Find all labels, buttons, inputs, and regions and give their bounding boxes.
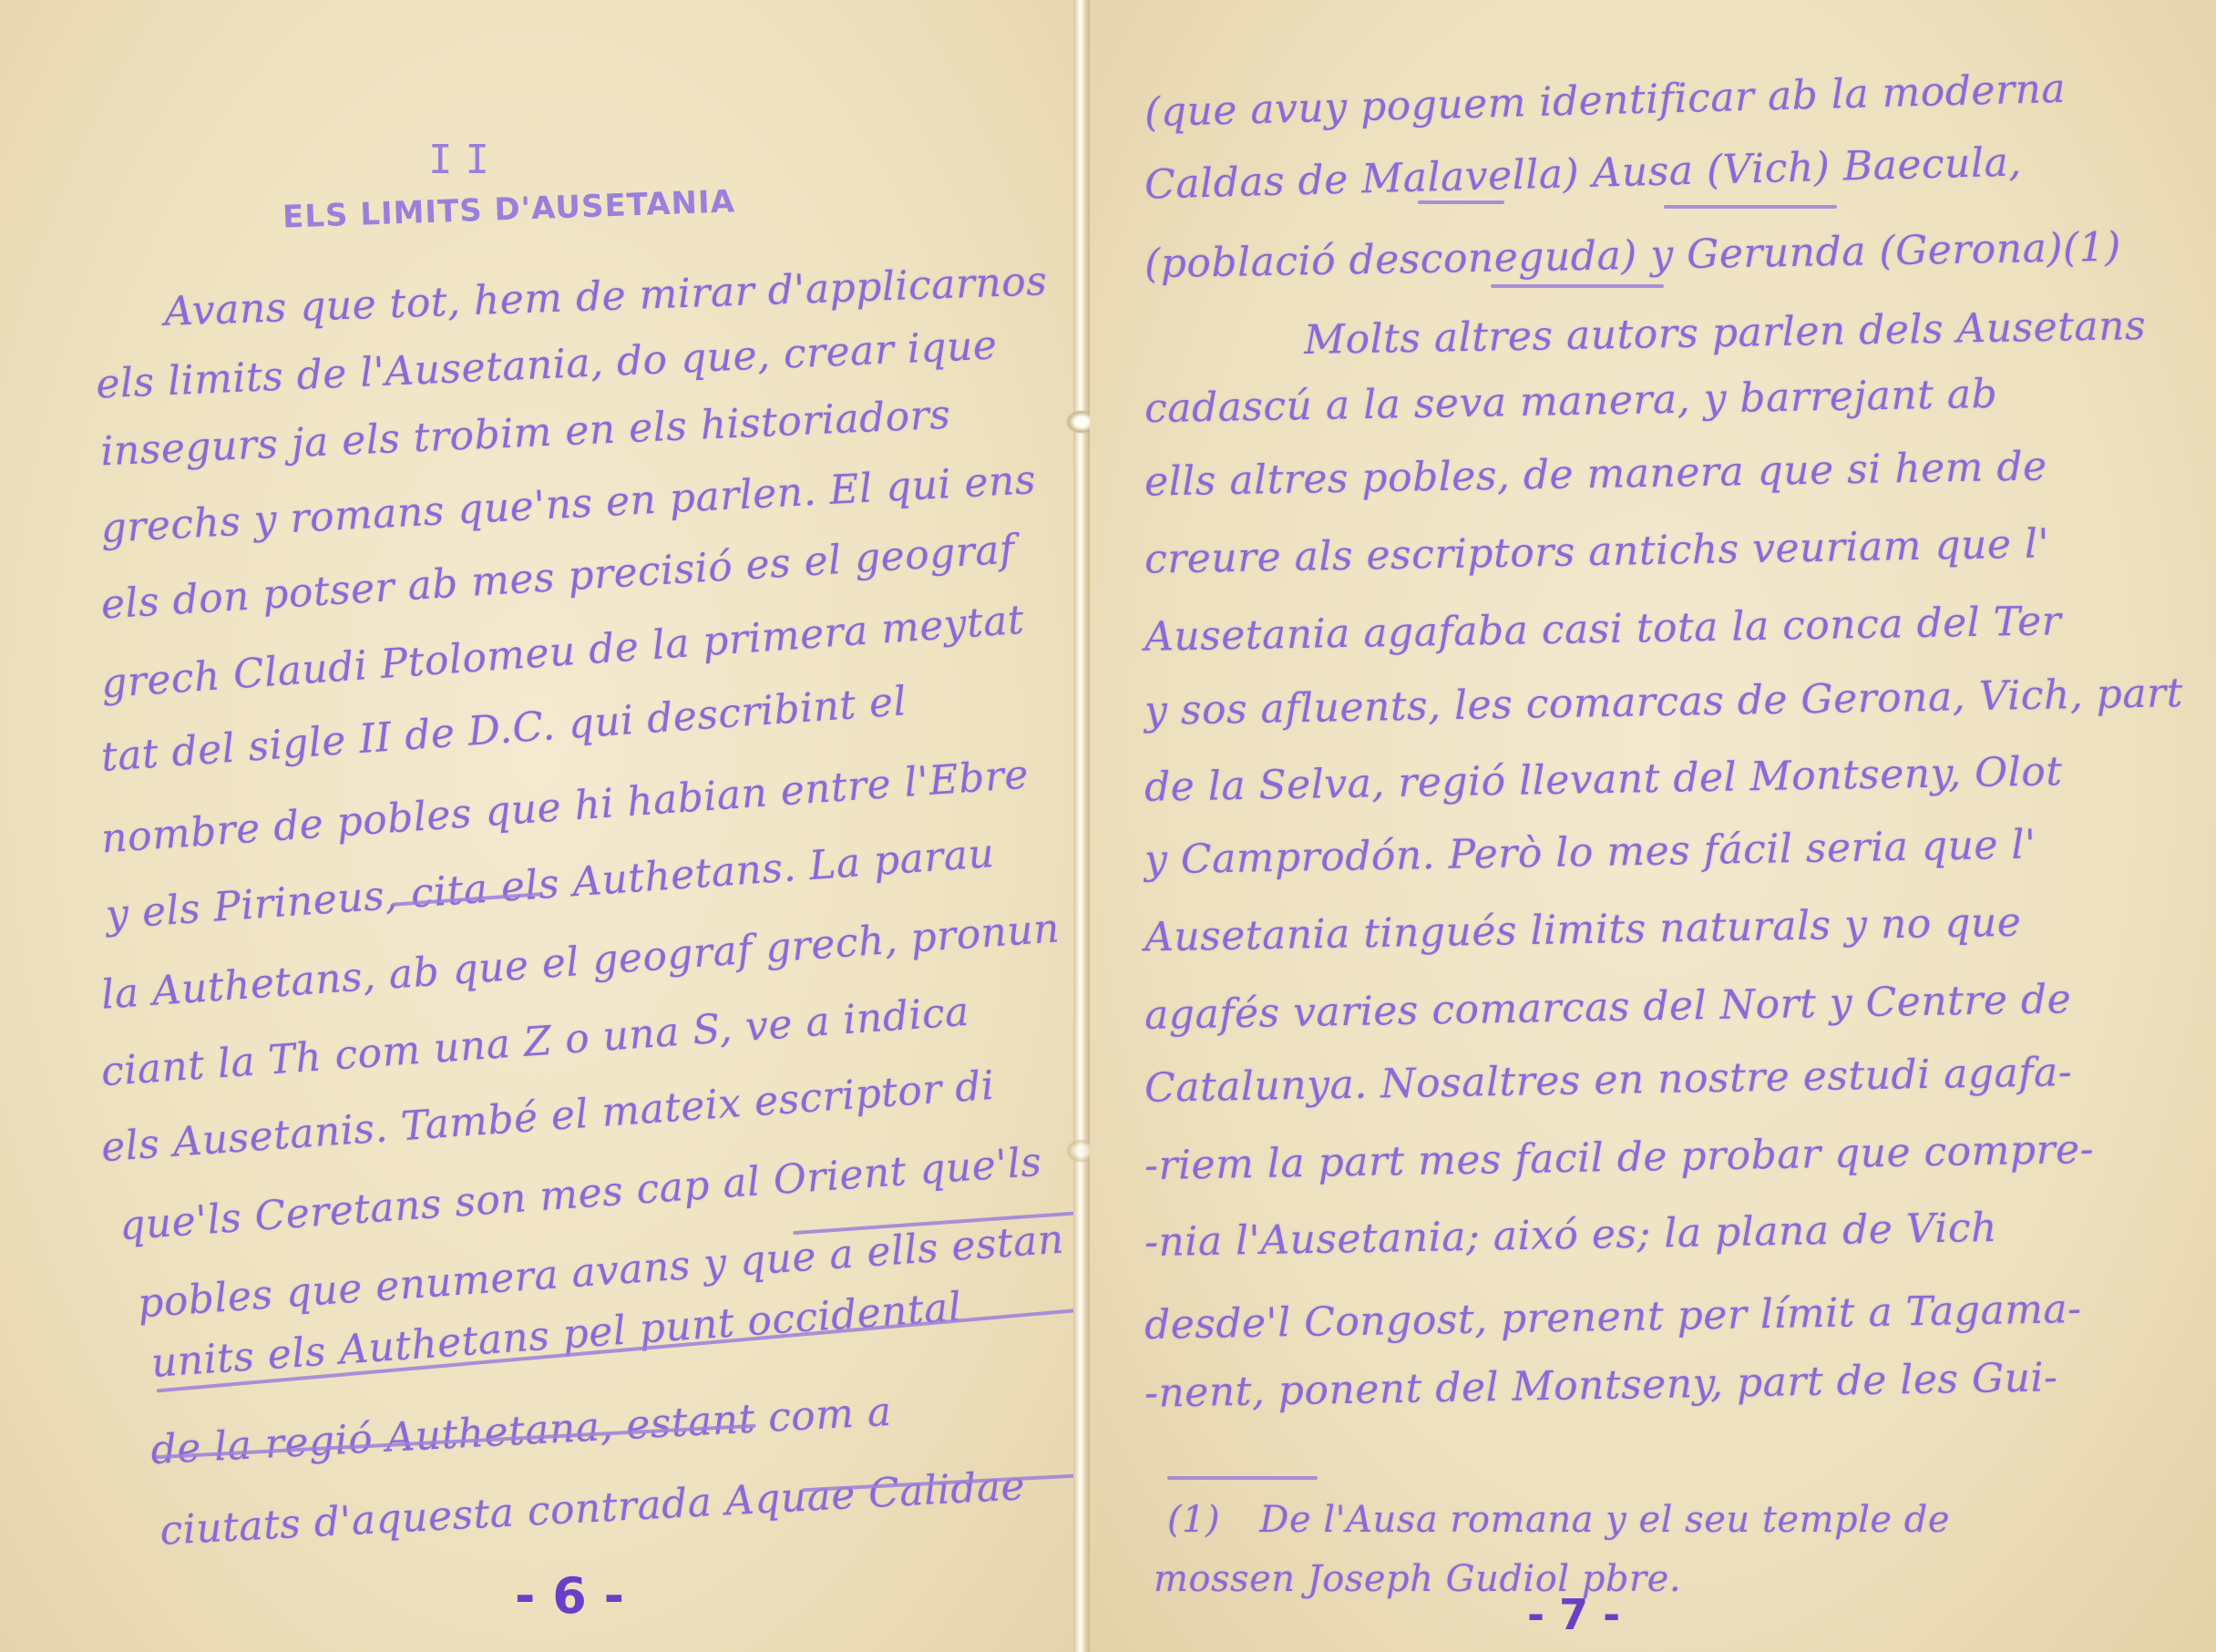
- right-line-17: desde'l Congost, prenent per límit a Tag…: [1144, 1286, 2082, 1349]
- footnote-separator: [1167, 1476, 1318, 1480]
- right-line-14: Catalunya. Nosaltres en nostre estudi ag…: [1144, 1049, 2073, 1112]
- footnote-text-1: De l'Ausa romana y el seu temple de: [1259, 1499, 1950, 1541]
- left-page: II ELS LIMITS D'AUSETANIA Avans que tot,…: [0, 0, 1073, 1652]
- page-number-left: - 6 -: [515, 1567, 624, 1625]
- right-line-4: Molts altres autors parlen dels Ausetans: [1304, 303, 2147, 364]
- page-number-right: - 7 -: [1527, 1590, 1620, 1639]
- right-line-2: Caldas de Malavella) Ausa (Vich) Baecula…: [1144, 139, 2022, 208]
- right-line-9: y sos afluents, les comarcas de Gerona, …: [1144, 670, 2184, 734]
- right-line-5: cadascú a la seva manera, y barrejant ab: [1144, 371, 1998, 432]
- chapter-title: ELS LIMITS D'AUSETANIA: [282, 183, 735, 235]
- right-line-10: de la Selva, regió llevant del Montseny,…: [1144, 748, 2063, 811]
- right-line-6: ells altres pobles, de manera que si hem…: [1144, 443, 2047, 505]
- footnote-marker: (1): [1167, 1499, 1220, 1541]
- underline-ausa: [1418, 200, 1504, 204]
- left-line-17: ciutats d'aquesta contrada Aquae Calidae: [159, 1462, 1026, 1555]
- right-line-8: Ausetania agafaba casi tota la conca del…: [1144, 598, 2062, 661]
- footnote-line-1: (1) De l'Ausa romana y el seu temple de: [1167, 1499, 1950, 1541]
- right-line-11: y Camprodón. Però lo mes fácil seria que…: [1144, 821, 2036, 883]
- underline-baecula: [1664, 205, 1837, 209]
- chapter-number: II: [428, 137, 502, 183]
- book-gutter: [1073, 0, 1090, 1652]
- right-line-13: agafés varies comarcas del Nort y Centre…: [1144, 976, 2072, 1039]
- left-line-3: insegurs ja els trobim en els historiado…: [99, 392, 951, 476]
- right-page: (que avuy poguem identificar ab la moder…: [1090, 0, 2216, 1652]
- right-line-16: -nia l'Ausetania; aixó es; la plana de V…: [1144, 1205, 1998, 1266]
- right-line-18: -nent, ponent del Montseny, part de les …: [1144, 1354, 2058, 1416]
- right-line-3: (població desconeguda) y Gerunda (Gerona…: [1144, 224, 2122, 288]
- right-line-7: creure als escriptors antichs veuriam qu…: [1144, 520, 2050, 582]
- right-line-15: -riem la part mes facil de probar que co…: [1144, 1126, 2095, 1189]
- left-line-16: de la regió Authetana, estant com a: [149, 1389, 893, 1474]
- underline-gerunda: [1491, 284, 1664, 288]
- right-line-1: (que avuy poguem identificar ab la moder…: [1144, 66, 2067, 136]
- left-line-1: Avans que tot, hem de mirar d'applicarno…: [163, 258, 1048, 335]
- right-line-12: Ausetania tingués limits naturals y no q…: [1144, 899, 2022, 961]
- manuscript-spread: II ELS LIMITS D'AUSETANIA Avans que tot,…: [0, 0, 2216, 1652]
